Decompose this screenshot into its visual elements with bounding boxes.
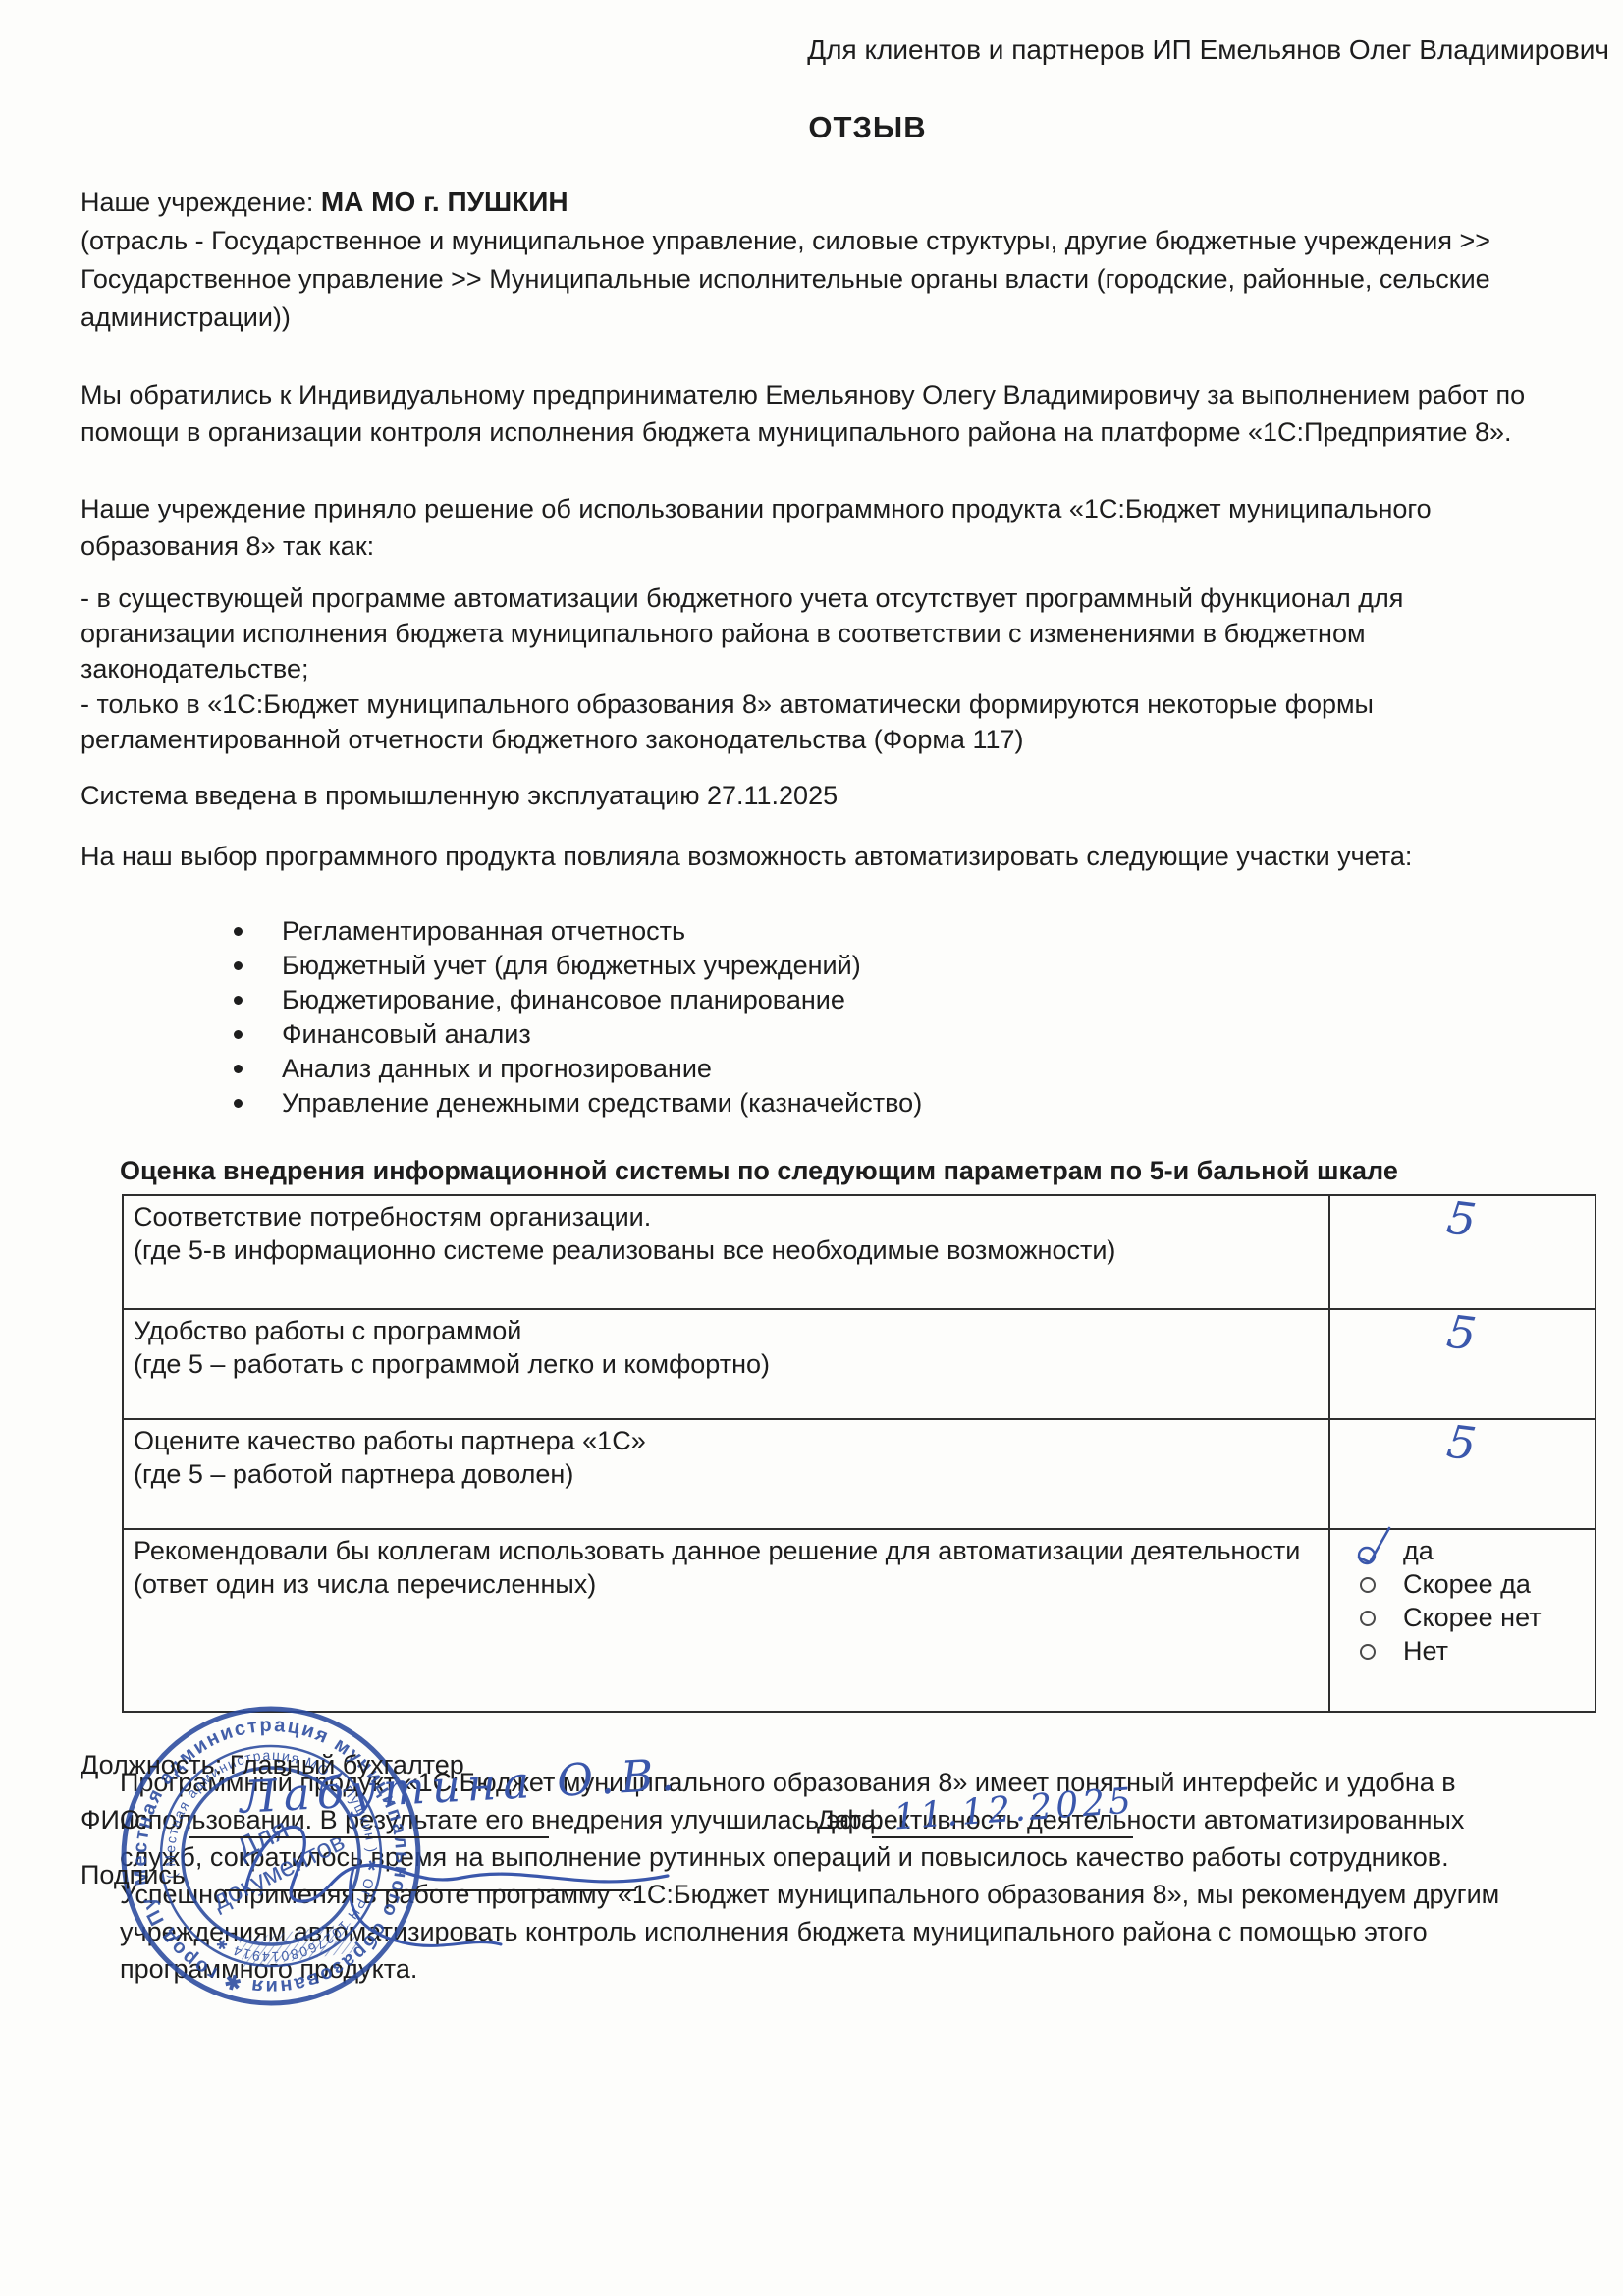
rating-table: Соответствие потребностям организации. (… (122, 1194, 1596, 1713)
automation-areas-list: Регламентированная отчетность Бюджетный … (81, 914, 1564, 1121)
organization-name: МА МО г. ПУШКИН (321, 187, 568, 217)
criterion-note: (ответ один из числа перечисленных) (134, 1567, 1317, 1601)
criterion-cell: Соответствие потребностям организации. (… (123, 1195, 1329, 1309)
answer-option-label: Нет (1403, 1635, 1448, 1667)
list-item: Регламентированная отчетность (81, 914, 1564, 949)
radio-icon (1360, 1644, 1376, 1660)
list-item: Финансовый анализ (81, 1017, 1564, 1052)
organization-industry: (отрасль - Государственное и муниципальн… (81, 222, 1564, 337)
fio-label: ФИО: (81, 1805, 147, 1835)
criterion-text: Оцените качество работы партнера «1С» (134, 1424, 1317, 1457)
score-cell: 5 (1329, 1309, 1596, 1419)
bullet-icon (234, 961, 243, 970)
answer-option-label: Скорее да (1403, 1568, 1531, 1601)
criterion-cell: Удобство работы с программой (где 5 – ра… (123, 1309, 1329, 1419)
answer-option-label: да (1403, 1535, 1434, 1567)
list-item-label: Анализ данных и прогнозирование (282, 1052, 712, 1086)
reasons-list: - в существующей программе автоматизации… (81, 580, 1564, 757)
bullet-icon (234, 996, 243, 1005)
criterion-text: Рекомендовали бы коллегам использовать д… (134, 1534, 1317, 1567)
criterion-cell: Оцените качество работы партнера «1С» (г… (123, 1419, 1329, 1529)
table-row: Удобство работы с программой (где 5 – ра… (123, 1309, 1596, 1419)
organization-label: Наше учреждение: (81, 188, 313, 217)
table-row: Оцените качество работы партнера «1С» (г… (123, 1419, 1596, 1529)
checkmark-icon (1360, 1544, 1376, 1559)
list-item-label: Управление денежными средствами (казначе… (282, 1086, 922, 1121)
score-cell: 5 (1329, 1195, 1596, 1309)
list-item-label: Бюджетирование, финансовое планирование (282, 983, 845, 1017)
answer-option: Скорее да (1360, 1568, 1583, 1601)
organization-line: Наше учреждение: МА МО г. ПУШКИН (81, 183, 1564, 222)
criterion-text: Удобство работы с программой (134, 1314, 1317, 1347)
handwritten-score: 5 (1445, 1200, 1478, 1236)
signature-block: Местная администрация муниципального обр… (81, 1703, 1623, 2135)
list-item: Бюджетный учет (для бюджетных учреждений… (81, 949, 1564, 983)
paragraph-launch: Система введена в промышленную эксплуата… (81, 777, 1564, 814)
list-item: Бюджетирование, финансовое планирование (81, 983, 1564, 1017)
criterion-note: (где 5 – работой партнера доволен) (134, 1457, 1317, 1491)
criterion-note: (где 5-в информационно системе реализова… (134, 1233, 1317, 1267)
radio-icon (1360, 1611, 1376, 1626)
document-page: Для клиентов и партнеров ИП Емельянов Ол… (0, 0, 1623, 2296)
list-item: Анализ данных и прогнозирование (81, 1052, 1564, 1086)
list-item: Управление денежными средствами (казначе… (81, 1086, 1564, 1121)
list-item-label: Регламентированная отчетность (282, 914, 685, 949)
criterion-note: (где 5 – работать с программой легко и к… (134, 1347, 1317, 1381)
answer-option: Скорее нет (1360, 1602, 1583, 1634)
handwritten-score: 5 (1445, 1424, 1478, 1460)
handwritten-score: 5 (1445, 1314, 1478, 1350)
score-cell: 5 (1329, 1419, 1596, 1529)
table-row: Соответствие потребностям организации. (… (123, 1195, 1596, 1309)
handwritten-signature (206, 1805, 756, 1972)
paragraph-appeal: Мы обратились к Индивидуальному предприн… (81, 376, 1564, 451)
answer-option: Нет (1360, 1635, 1583, 1667)
header-recipient: Для клиентов и партнеров ИП Емельянов Ол… (81, 33, 1609, 67)
answer-option-label: Скорее нет (1403, 1602, 1542, 1634)
list-item-label: Финансовый анализ (282, 1017, 531, 1052)
reason-item: - только в «1С:Бюджет муниципального обр… (81, 686, 1564, 757)
bullet-icon (234, 927, 243, 936)
reason-item: - в существующей программе автоматизации… (81, 580, 1564, 686)
options-cell: да Скорее да Скорее нет Нет (1329, 1529, 1596, 1712)
criterion-text: Соответствие потребностям организации. (134, 1200, 1317, 1233)
list-item-label: Бюджетный учет (для бюджетных учреждений… (282, 949, 861, 983)
rating-table-title: Оценка внедрения информационной системы … (120, 1156, 1564, 1186)
page-title: ОТЗЫВ (126, 110, 1609, 145)
paragraph-bullets-intro: На наш выбор программного продукта повли… (81, 838, 1564, 875)
answer-option-selected: да (1360, 1535, 1583, 1567)
bullet-icon (234, 1065, 243, 1073)
organization-block: Наше учреждение: МА МО г. ПУШКИН (отрасл… (81, 183, 1564, 337)
paragraph-decision: Наше учреждение приняло решение об испол… (81, 490, 1564, 565)
bullet-icon (234, 1099, 243, 1108)
signature-label: Подпись (81, 1860, 186, 1890)
radio-icon (1360, 1577, 1376, 1593)
bullet-icon (234, 1030, 243, 1039)
